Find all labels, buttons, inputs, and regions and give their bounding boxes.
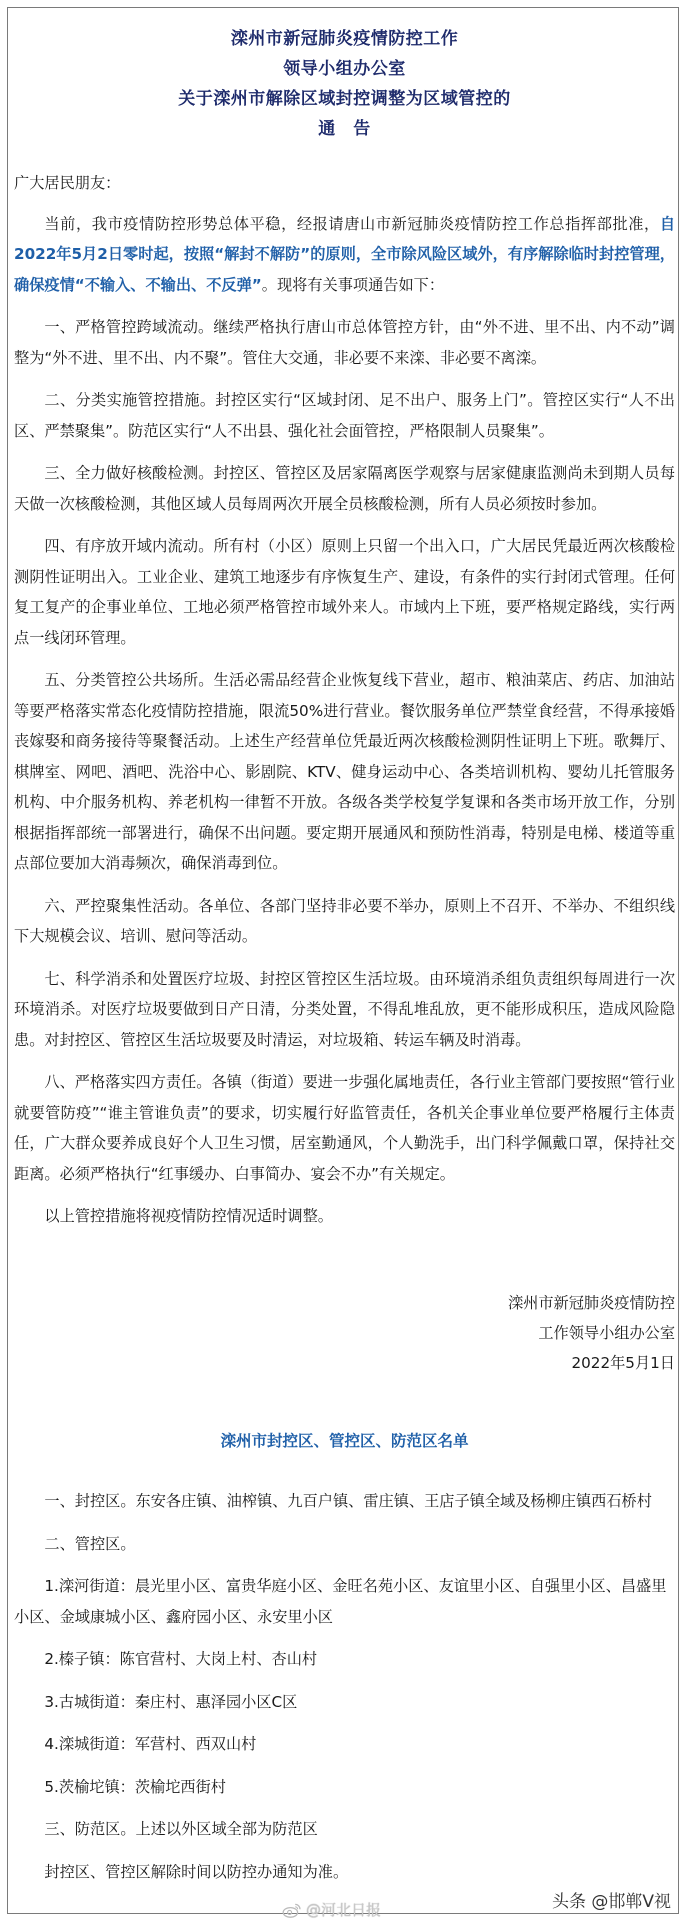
- intro-text-end: 。现将有关事项通告如下：: [262, 276, 444, 294]
- article-7: 七、科学消杀和处置医疗垃圾、封控区管控区生活垃圾。由环境消杀组负责组织每周进行一…: [14, 964, 675, 1056]
- weibo-logo-icon: [282, 1902, 302, 1918]
- list-item-controlled-zone-heading: 二、管控区。: [14, 1529, 675, 1560]
- article-1: 一、严格管控跨域流动。继续严格执行唐山市总体管控方针，由“外不进、里不出、内不动…: [14, 312, 675, 373]
- article-8: 八、严格落实四方责任。各镇（街道）要进一步强化属地责任，各行业主管部门要按照“管…: [14, 1067, 675, 1189]
- article-4: 四、有序放开域内流动。所有村（小区）原则上只留一个出入口，广大居民凭最近两次核酸…: [14, 531, 675, 653]
- signature-org-line-2: 工作领导小组办公室: [14, 1318, 675, 1348]
- article-5: 五、分类管控公共场所。生活必需品经营企业恢复线下营业，超市、粮油菜店、药店、加油…: [14, 665, 675, 879]
- intro-text: 当前，我市疫情防控形势总体平稳，经报请唐山市新冠肺炎疫情防控工作总指挥部批准，: [44, 215, 659, 233]
- list-item-prevention-zone: 三、防范区。上述以外区域全部为防范区: [14, 1814, 675, 1845]
- name-list: 一、封控区。东安各庄镇、油榨镇、九百户镇、雷庄镇、王店子镇全域及杨柳庄镇西石桥村…: [14, 1486, 675, 1887]
- signature-block: 滦州市新冠肺炎疫情防控 工作领导小组办公室 2022年5月1日: [14, 1288, 675, 1378]
- list-item-controlled-3: 3.古城街道：秦庄村、惠泽园小区C区: [14, 1687, 675, 1718]
- name-list-title: 滦州市封控区、管控区、防范区名单: [14, 1426, 675, 1457]
- signature-org-line-1: 滦州市新冠肺炎疫情防控: [14, 1288, 675, 1318]
- list-item-controlled-5: 5.茨榆坨镇：茨榆坨西街村: [14, 1772, 675, 1803]
- weibo-watermark: @河北日报: [282, 1899, 381, 1920]
- article-6: 六、严控聚集性活动。各单位、各部门坚持非必要不举办，原则上不召开、不举办、不组织…: [14, 891, 675, 952]
- list-item-lift-note: 封控区、管控区解除时间以防控办通知为准。: [14, 1857, 675, 1888]
- closing-statement: 以上管控措施将视疫情防控情况适时调整。: [14, 1201, 675, 1232]
- title-line-1: 滦州市新冠肺炎疫情防控工作: [0, 24, 689, 54]
- list-item-sealed-zone: 一、封控区。东安各庄镇、油榨镇、九百户镇、雷庄镇、王店子镇全域及杨柳庄镇西石桥村: [14, 1486, 675, 1517]
- weibo-watermark-text: @河北日报: [306, 1899, 381, 1920]
- notice-body: 广大居民朋友： 当前，我市疫情防控形势总体平稳，经报请唐山市新冠肺炎疫情防控工作…: [14, 168, 675, 1899]
- intro-paragraph: 当前，我市疫情防控形势总体平稳，经报请唐山市新冠肺炎疫情防控工作总指挥部批准，自…: [14, 209, 675, 301]
- title-line-4: 通 告: [0, 114, 689, 144]
- greeting: 广大居民朋友：: [14, 168, 675, 199]
- list-item-controlled-2: 2.榛子镇：陈官营村、大岗上村、杏山村: [14, 1644, 675, 1675]
- article-2: 二、分类实施管控措施。封控区实行“区域封闭、足不出户、服务上门”。管控区实行“人…: [14, 385, 675, 446]
- notice-title: 滦州市新冠肺炎疫情防控工作 领导小组办公室 关于滦州市解除区域封控调整为区域管控…: [0, 24, 689, 144]
- article-3: 三、全力做好核酸检测。封控区、管控区及居家隔离医学观察与居家健康监测尚未到期人员…: [14, 458, 675, 519]
- list-item-controlled-4: 4.滦城街道：军营村、西双山村: [14, 1729, 675, 1760]
- signature-date: 2022年5月1日: [14, 1348, 675, 1378]
- toutiao-watermark: 头条 @邯郸V视: [552, 1887, 671, 1912]
- title-line-3: 关于滦州市解除区域封控调整为区域管控的: [0, 84, 689, 114]
- title-line-2: 领导小组办公室: [0, 54, 689, 84]
- list-item-controlled-1: 1.滦河街道：晨光里小区、富贵华庭小区、金旺名苑小区、友谊里小区、自强里小区、昌…: [14, 1571, 675, 1632]
